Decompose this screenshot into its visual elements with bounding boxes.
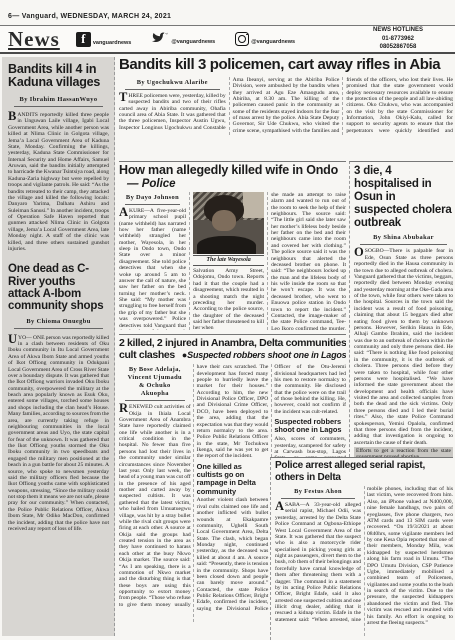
cholera-dropcap: O: [354, 248, 364, 257]
cult-headline: 2 killed, 2 injured in Anambra, Delta co…: [119, 337, 346, 349]
masthead: 6— Vanguard, WEDNESDAY, MARCH 24, 2021 N…: [0, 0, 455, 54]
article-abia: Bandits kill 3 policemen, cart away rifl…: [119, 57, 453, 160]
newspaper-page: 6— Vanguard, WEDNESDAY, MARCH 24, 2021 N…: [0, 0, 455, 640]
instagram-group: @vanguardnews: [235, 32, 295, 46]
rapist-body: ASABA—A 33-year-old alleged serial rapis…: [275, 486, 453, 626]
rapist-dropcap: A: [275, 502, 284, 511]
kaduna-dropcap: B: [8, 112, 16, 121]
masthead-row: News f vanguardnews @vanguardnews @vangu…: [0, 25, 455, 54]
kaduna-headline: Bandits kill 4 in Kaduna villages: [8, 63, 109, 90]
rapist-byline: By Festus Ahon: [281, 487, 355, 499]
victim-photo: [193, 192, 264, 254]
cult-byline: By Bose Adelaja, Vincent Ujumadu & Ochuk…: [125, 365, 185, 401]
twitter-handle: @vanguardnews: [171, 39, 215, 45]
abia-dropcap: T: [119, 93, 127, 102]
folio-line: 6— Vanguard, WEDNESDAY, MARCH 24, 2021: [8, 13, 171, 20]
photo-torso: [197, 236, 255, 253]
rapist-headline: Police arrest alleged serial rapist, oth…: [275, 460, 453, 483]
article-ondo: How man allegedly killed wife in Ondo — …: [119, 161, 346, 333]
abia-columns: By Ugochukwu Alaribe THREE policemen wer…: [119, 77, 453, 135]
article-cholera: 3 die, 4 hospitalised in Osun in suspect…: [349, 161, 453, 457]
criver-dropcap: U: [8, 335, 17, 344]
rapist-columns: By Festus Ahon ASABA—A 33-year-old alleg…: [275, 486, 453, 636]
cholera-tail: Efforts to get a reaction from the state…: [354, 447, 453, 457]
cult-headline2: cult clashes: [119, 349, 175, 361]
hotline-number-2: 08052867058: [373, 43, 423, 52]
photo-face: [212, 210, 235, 231]
ondo-headline-suffix: — Police: [127, 178, 346, 190]
hotline-number-1: 01-8773962: [373, 35, 423, 44]
article-criver: One dead as C-River youths attack A-Ibom…: [8, 263, 109, 532]
twitter-group: @vanguardnews: [151, 32, 215, 46]
section-title: News: [8, 27, 60, 52]
photo-caption: The late Wayesola: [193, 255, 264, 266]
kaduna-byline: By Ibrahim HassanWuyo: [14, 95, 103, 107]
cholera-body: OSOGBO—There is palpable fear in Ede, Os…: [354, 248, 453, 446]
cult-dropcap: R: [119, 404, 128, 413]
hotlines-label: NEWS HOTLINES: [373, 26, 423, 35]
ondo-dropcap: A: [119, 208, 128, 217]
left-rail: Bandits kill 4 in Kaduna villages By Ibr…: [2, 57, 115, 636]
kaduna-body: BANDITS reportedly killed three people i…: [8, 112, 109, 252]
twitter-icon: [151, 32, 169, 46]
ondo-col3: she made an attempt to raise alarm and w…: [271, 192, 346, 330]
ondo-col1: By Dayo Johnson AKURE—A five-year-old pr…: [119, 192, 186, 330]
criver-headline: One dead as C-River youths attack A-Ibom…: [8, 263, 109, 312]
criver-byline: By Chioma Onuegbu: [14, 317, 103, 329]
facebook-icon: f: [76, 32, 91, 47]
abia-headline: Bandits kill 3 policemen, cart away rifl…: [119, 57, 453, 74]
cult-subhead-lagos: Suspected robbers shoot one in Lagos: [274, 418, 346, 435]
article-kaduna: Bandits kill 4 in Kaduna villages By Ibr…: [8, 63, 109, 252]
ondo-col2-text: Salvation Army Street, Odojomu, Ondo tow…: [193, 268, 264, 330]
article-rapist: Police arrest alleged serial rapist, oth…: [270, 457, 453, 640]
ondo-col2: The late Wayesola Salvation Army Street,…: [189, 192, 268, 330]
cholera-byline: By Shina Abubakar: [360, 233, 447, 245]
criver-body: UYO— ONE person was reportedly killed in…: [8, 335, 109, 533]
news-hotlines: NEWS HOTLINES 01-8773962 08052867058: [373, 26, 449, 52]
ondo-columns: By Dayo Johnson AKURE—A five-year-old pr…: [119, 192, 346, 330]
cholera-headline: 3 die, 4 hospitalised in Osun in suspect…: [354, 165, 453, 229]
ondo-headline: How man allegedly killed wife in Ondo: [119, 164, 346, 178]
facebook-handle: vanguardnews: [93, 40, 132, 46]
cult-headline-line2: cult clashes ●Suspected robbers shoot on…: [119, 349, 346, 361]
facebook-group: f vanguardnews: [76, 32, 132, 47]
photo-highlight: [243, 192, 264, 218]
instagram-handle: @vanguardnews: [251, 39, 295, 45]
ondo-byline: By Dayo Johnson: [125, 193, 180, 205]
instagram-icon: [235, 32, 249, 46]
cult-kicker: ●Suspected robbers shoot one in Lagos: [182, 350, 346, 360]
cult-subhead-delta: One killed as cultists go on rampage in …: [197, 463, 269, 496]
abia-byline: By Ugochukwu Alaribe: [125, 78, 220, 90]
